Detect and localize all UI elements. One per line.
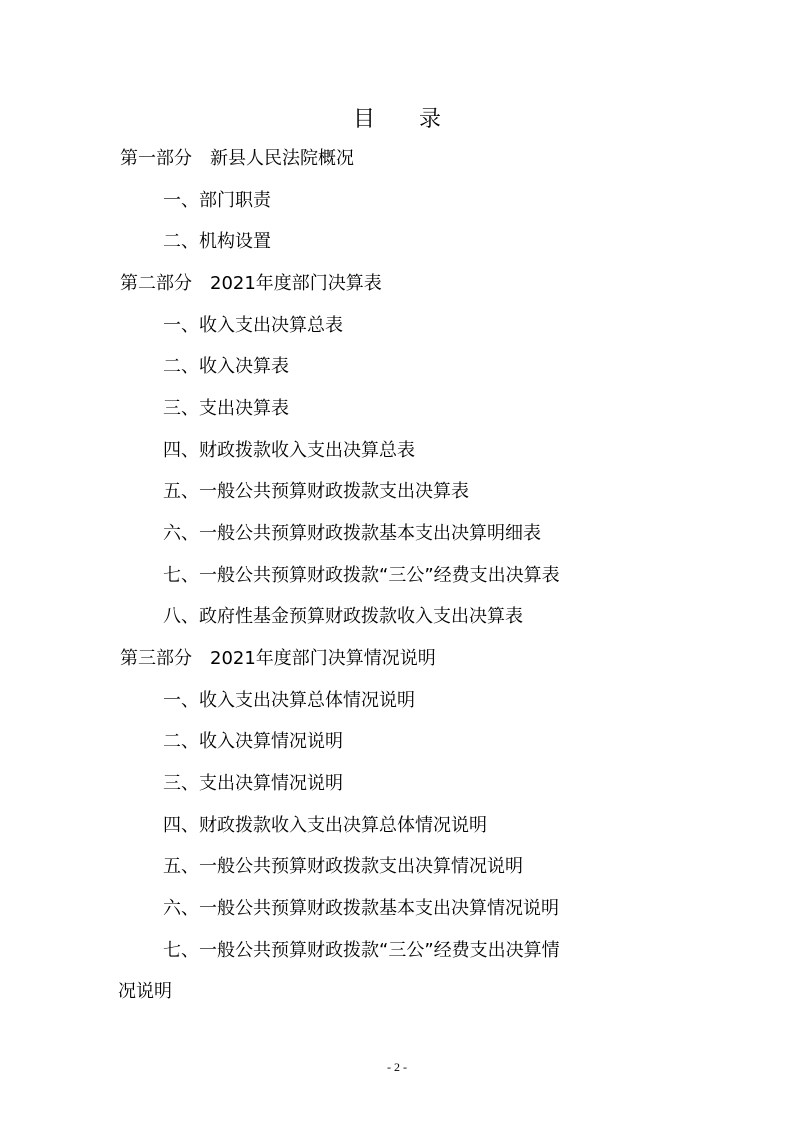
toc-item[interactable]: 五、一般公共预算财政拨款支出决算表 bbox=[163, 480, 469, 504]
toc-item[interactable]: 一、收入支出决算总表 bbox=[163, 314, 343, 338]
toc-item[interactable]: 一、收入支出决算总体情况说明 bbox=[163, 689, 415, 713]
title-char-2: 录 bbox=[419, 102, 441, 133]
toc-item[interactable]: 二、收入决算情况说明 bbox=[163, 730, 343, 754]
toc-item[interactable]: 三、支出决算表 bbox=[163, 397, 289, 421]
title-char-1: 目 bbox=[353, 102, 375, 133]
toc-item[interactable]: 二、机构设置 bbox=[163, 230, 271, 254]
toc-section-2[interactable]: 第二部分 2021年度部门决算表 bbox=[120, 272, 382, 296]
toc-item[interactable]: 七、一般公共预算财政拨款“三公”经费支出决算表 bbox=[163, 564, 560, 588]
toc-item[interactable]: 五、一般公共预算财政拨款支出决算情况说明 bbox=[163, 855, 523, 879]
toc-section-1[interactable]: 第一部分 新县人民法院概况 bbox=[120, 147, 354, 171]
toc-item[interactable]: 八、政府性基金预算财政拨款收入支出决算表 bbox=[163, 605, 523, 629]
toc-item[interactable]: 六、一般公共预算财政拨款基本支出决算情况说明 bbox=[163, 897, 559, 921]
page-number: - 2 - bbox=[0, 1060, 794, 1075]
toc-item[interactable]: 四、财政拨款收入支出决算总体情况说明 bbox=[163, 814, 487, 838]
toc-item-continuation[interactable]: 况说明 bbox=[118, 980, 172, 1004]
toc-item[interactable]: 一、部门职责 bbox=[163, 189, 271, 213]
toc-item[interactable]: 四、财政拨款收入支出决算总表 bbox=[163, 439, 415, 463]
toc-item[interactable]: 三、支出决算情况说明 bbox=[163, 772, 343, 796]
toc-section-3[interactable]: 第三部分 2021年度部门决算情况说明 bbox=[120, 647, 436, 671]
toc-item[interactable]: 六、一般公共预算财政拨款基本支出决算明细表 bbox=[163, 522, 541, 546]
toc-item[interactable]: 二、收入决算表 bbox=[163, 355, 289, 379]
toc-item[interactable]: 七、一般公共预算财政拨款“三公”经费支出决算情 bbox=[163, 939, 560, 963]
page-title: 目录 bbox=[0, 102, 794, 133]
